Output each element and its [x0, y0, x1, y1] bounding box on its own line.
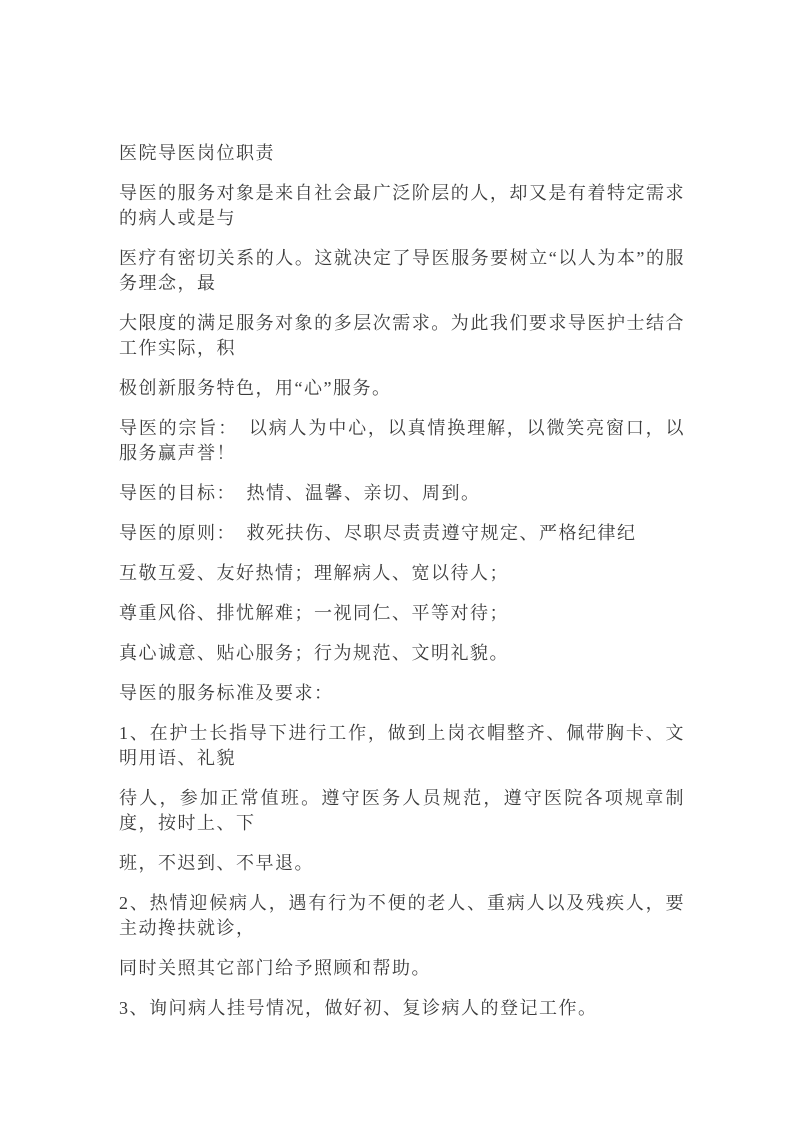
paragraph: 真心诚意、贴心服务；行为规范、文明礼貌。: [119, 641, 685, 666]
paragraph: 大限度的满足服务对象的多层次需求。为此我们要求导医护士结合工作实际，积: [119, 311, 685, 361]
paragraph: 1、在护士长指导下进行工作，做到上岗衣帽整齐、佩带胸卡、文明用语、礼貌: [119, 721, 685, 771]
paragraph: 极创新服务特色，用“心”服务。: [119, 376, 685, 401]
document-content: 医院导医岗位职责 导医的服务对象是来自社会最广泛阶层的人，却又是有着特定需求的病…: [119, 141, 685, 1021]
paragraph: 2、热情迎候病人，遇有行为不便的老人、重病人以及残疾人，要主动搀扶就诊，: [119, 891, 685, 941]
paragraph: 班，不迟到、不早退。: [119, 851, 685, 876]
document-page: 医院导医岗位职责 导医的服务对象是来自社会最广泛阶层的人，却又是有着特定需求的病…: [0, 0, 793, 1122]
paragraph: 同时关照其它部门给予照顾和帮助。: [119, 956, 685, 981]
paragraph: 待人，参加正常值班。遵守医务人员规范，遵守医院各项规章制度，按时上、下: [119, 786, 685, 836]
paragraph: 导医的宗旨： 以病人为中心，以真情换理解，以微笑亮窗口，以服务赢声誉！: [119, 416, 685, 466]
paragraph: 尊重风俗、排忧解难；一视同仁、平等对待；: [119, 601, 685, 626]
paragraph: 导医的目标： 热情、温馨、亲切、周到。: [119, 481, 685, 506]
paragraph: 3、询问病人挂号情况，做好初、复诊病人的登记工作。: [119, 996, 685, 1021]
paragraph: 导医的服务标准及要求：: [119, 681, 685, 706]
document-title: 医院导医岗位职责: [119, 141, 685, 166]
paragraph: 医疗有密切关系的人。这就决定了导医服务要树立“以人为本”的服务理念，最: [119, 246, 685, 296]
paragraph: 互敬互爱、友好热情；理解病人、宽以待人；: [119, 561, 685, 586]
paragraph: 导医的服务对象是来自社会最广泛阶层的人，却又是有着特定需求的病人或是与: [119, 181, 685, 231]
paragraph: 导医的原则： 救死扶伤、尽职尽责责遵守规定、严格纪律纪: [119, 521, 685, 546]
